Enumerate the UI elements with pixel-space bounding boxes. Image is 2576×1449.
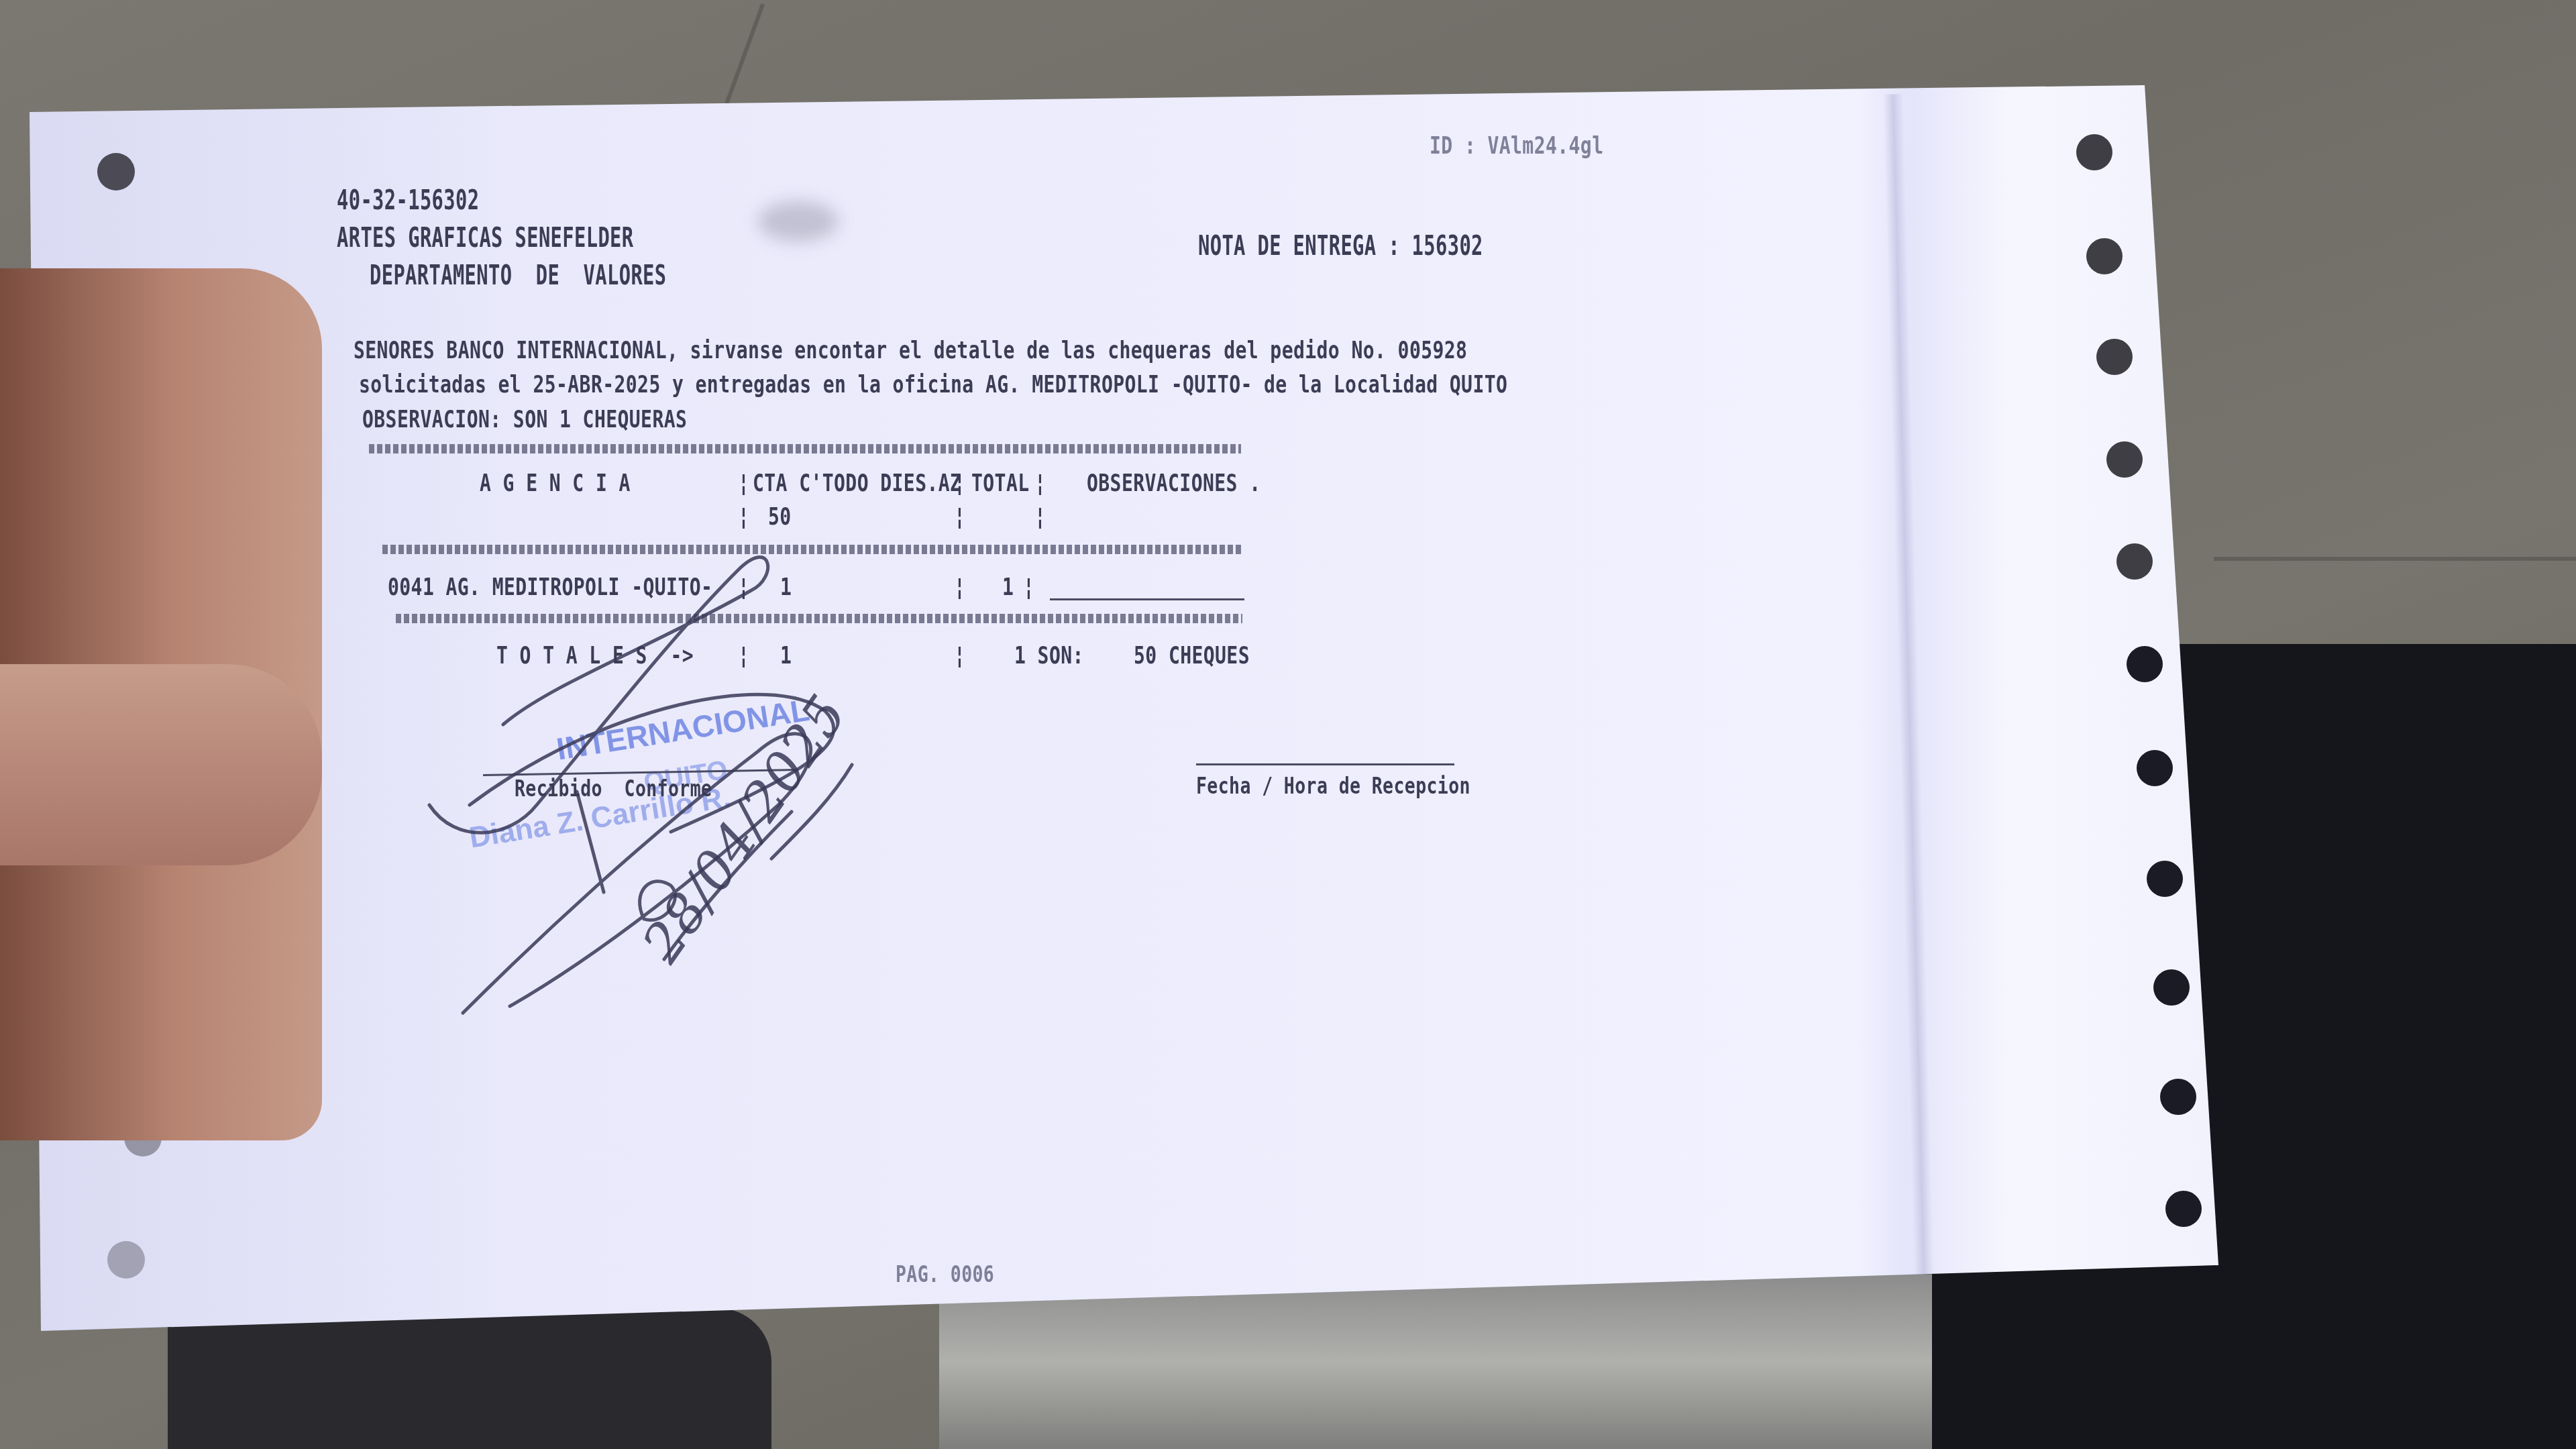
col-divider: ¦ bbox=[738, 503, 749, 531]
reference-code: 40-32-156302 bbox=[337, 185, 479, 216]
col-divider: ¦ bbox=[954, 642, 965, 669]
tractor-hole-icon bbox=[107, 1241, 145, 1279]
reception-signature-line bbox=[1196, 763, 1454, 765]
table-separator bbox=[382, 545, 1241, 554]
tractor-hole-icon bbox=[2165, 1191, 2202, 1227]
row-total: 1 bbox=[1002, 574, 1014, 601]
ink-smudge bbox=[758, 201, 839, 241]
col-divider: ¦ bbox=[954, 503, 965, 531]
row-cta-ctodo: 1 bbox=[780, 574, 792, 601]
tractor-hole-icon bbox=[2153, 969, 2190, 1006]
table-header-cta-ctodo: CTA C'TODO DIES.AZ bbox=[753, 470, 961, 497]
col-divider: ¦ bbox=[1023, 574, 1034, 601]
tractor-hole-icon bbox=[2086, 238, 2123, 274]
col-divider: ¦ bbox=[1034, 503, 1046, 531]
received-label: Recibido Conforme bbox=[515, 775, 712, 802]
totals-label: T O T A L E S -> bbox=[496, 642, 694, 669]
totals-total: 1 SON: bbox=[1014, 642, 1084, 669]
table-separator bbox=[396, 614, 1242, 623]
stone-seam bbox=[2214, 557, 2576, 561]
thumb bbox=[0, 664, 322, 865]
bank-stamp-line-1: INTERNACIONAL bbox=[554, 692, 812, 767]
tractor-hole-icon bbox=[2096, 339, 2133, 375]
row-observaciones-blank-line bbox=[1050, 598, 1244, 600]
totals-cta-ctodo: 1 bbox=[780, 642, 792, 669]
tractor-hole-icon bbox=[2160, 1079, 2196, 1115]
body-line-1: SENORES BANCO INTERNACIONAL, sirvanse en… bbox=[354, 337, 1467, 364]
col-divider: ¦ bbox=[954, 470, 965, 497]
table-subheader-50: 50 bbox=[768, 503, 792, 531]
delivery-note-number: NOTA DE ENTREGA : 156302 bbox=[1198, 231, 1483, 262]
header-program-id: ID : VAlm24.4gl bbox=[1430, 132, 1603, 160]
table-header-total: TOTAL bbox=[971, 470, 1029, 497]
tractor-hole-icon bbox=[2127, 646, 2163, 682]
tractor-hole-icon bbox=[97, 153, 135, 191]
tractor-hole-icon bbox=[2137, 750, 2173, 786]
tractor-hole-icon bbox=[2076, 134, 2112, 170]
table-header-observaciones: OBSERVACIONES . bbox=[1087, 470, 1260, 497]
tractor-hole-icon bbox=[2116, 543, 2153, 580]
department-name: DEPARTAMENTO DE VALORES bbox=[370, 260, 666, 291]
tractor-hole-icon bbox=[2106, 441, 2143, 478]
page-number: PAG. 0006 bbox=[896, 1261, 994, 1288]
totals-observaciones: 50 CHEQUES bbox=[1134, 642, 1250, 669]
col-divider: ¦ bbox=[738, 574, 749, 601]
col-divider: ¦ bbox=[1034, 470, 1046, 497]
table-separator bbox=[369, 444, 1241, 453]
paper-fold-crease bbox=[1883, 94, 1934, 1275]
tractor-hole-icon bbox=[2147, 861, 2183, 897]
body-line-2: solicitadas el 25-ABR-2025 y entregadas … bbox=[359, 371, 1507, 398]
shoe bbox=[168, 1308, 771, 1449]
col-divider: ¦ bbox=[954, 574, 965, 601]
body-line-3: OBSERVACION: SON 1 CHEQUERAS bbox=[362, 406, 687, 433]
col-divider: ¦ bbox=[738, 642, 749, 669]
col-divider: ¦ bbox=[738, 470, 749, 497]
company-name: ARTES GRAFICAS SENEFELDER bbox=[337, 223, 633, 254]
foil-surface bbox=[939, 1275, 2012, 1449]
row-agencia: 0041 AG. MEDITROPOLI -QUITO- bbox=[388, 574, 712, 601]
table-header-agencia: A G E N C I A bbox=[480, 470, 631, 497]
reception-date-label: Fecha / Hora de Recepcion bbox=[1196, 773, 1470, 800]
